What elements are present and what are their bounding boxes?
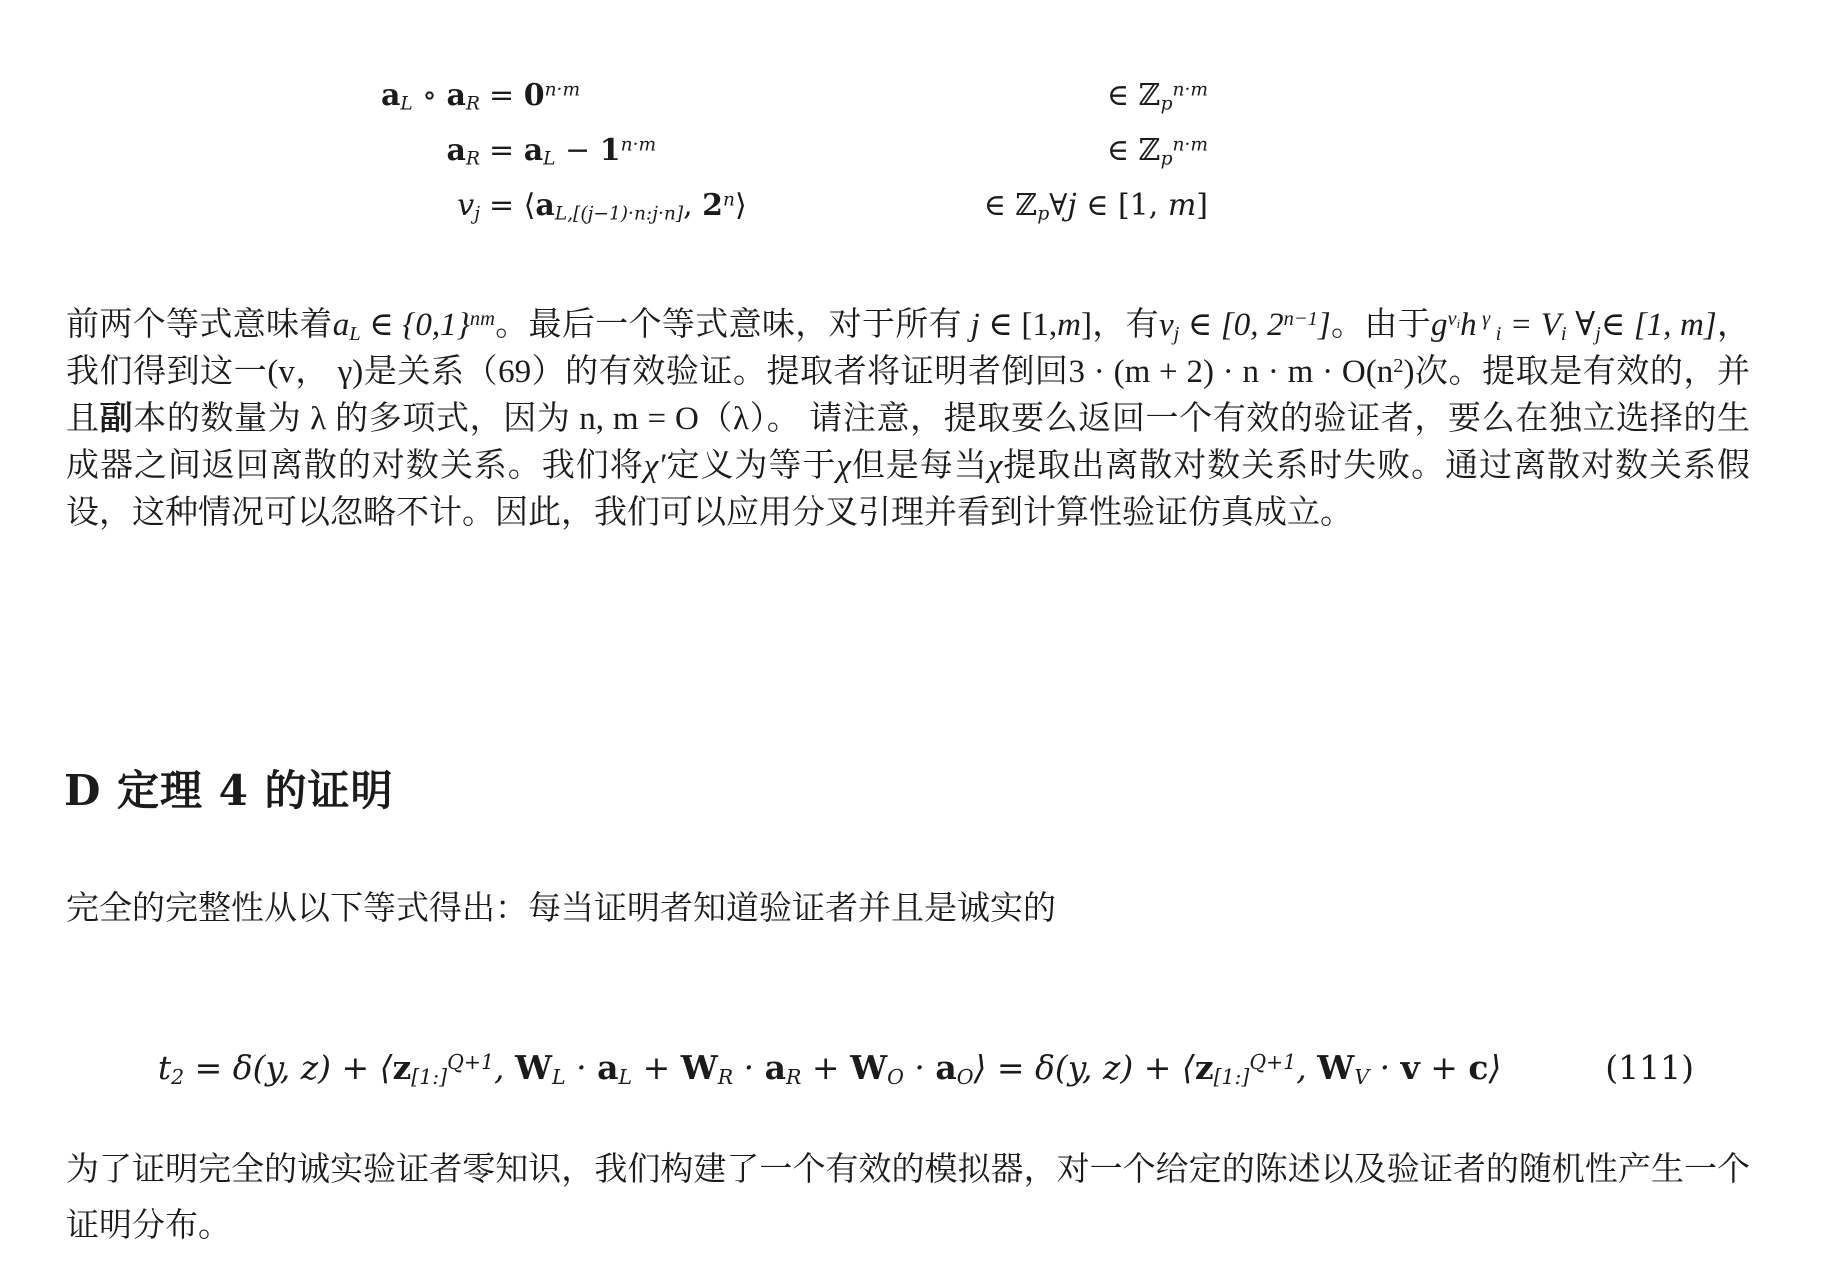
equation-rhs: = ⟨aL,[(j−1)·n:j·n], 2n⟩ (489, 188, 747, 223)
equation-lhs: aR (330, 133, 480, 168)
equation-111-number: (111) (1605, 1048, 1694, 1087)
equation-rhs: = aL − 1n·m (489, 133, 656, 168)
equation-111: t2 = δ(y, z) + ⟨z[1:]Q+1, WL · aL + WR ·… (66, 1022, 1694, 1112)
equation-domain: ∈ ℤp∀j ∈ [1, m] (984, 188, 1208, 223)
equation-lhs: aL ∘ aR (330, 78, 480, 113)
document-page: aL ∘ aR = 0n·m ∈ ℤpn·m aR = aL − 1n·m ∈ … (0, 0, 1828, 1288)
equation-domain: ∈ ℤpn·m (1107, 133, 1208, 168)
equation-rhs: = 0n·m (489, 78, 580, 113)
paragraph-extractor-argument: 前两个等式意味着aL ∈ {0,1}nm。最后一个等式意味，对于所有 j ∈ [… (66, 302, 1750, 537)
equation-row-inner-product: vj = ⟨aL,[(j−1)·n:j·n], 2n⟩ ∈ ℤp∀j ∈ [1,… (330, 188, 1208, 243)
equation-domain: ∈ ℤpn·m (1107, 78, 1208, 113)
paragraph-completeness: 完全的完整性从以下等式得出：每当证明者知道验证者并且是诚实的 (66, 886, 1750, 933)
equation-row-hadamard: aL ∘ aR = 0n·m ∈ ℤpn·m (330, 78, 1208, 133)
constraint-equations: aL ∘ aR = 0n·m ∈ ℤpn·m aR = aL − 1n·m ∈ … (330, 78, 1208, 243)
equation-111-body: t2 = δ(y, z) + ⟨z[1:]Q+1, WL · aL + WR ·… (66, 1048, 1593, 1087)
section-heading-appendix-d: D 定理 4 的证明 (64, 758, 394, 818)
equation-row-complement: aR = aL − 1n·m ∈ ℤpn·m (330, 133, 1208, 188)
paragraph-zero-knowledge: 为了证明完全的诚实验证者零知识，我们构建了一个有效的模拟器，对一个给定的陈述以及… (66, 1142, 1750, 1254)
equation-lhs: vj (330, 188, 480, 223)
